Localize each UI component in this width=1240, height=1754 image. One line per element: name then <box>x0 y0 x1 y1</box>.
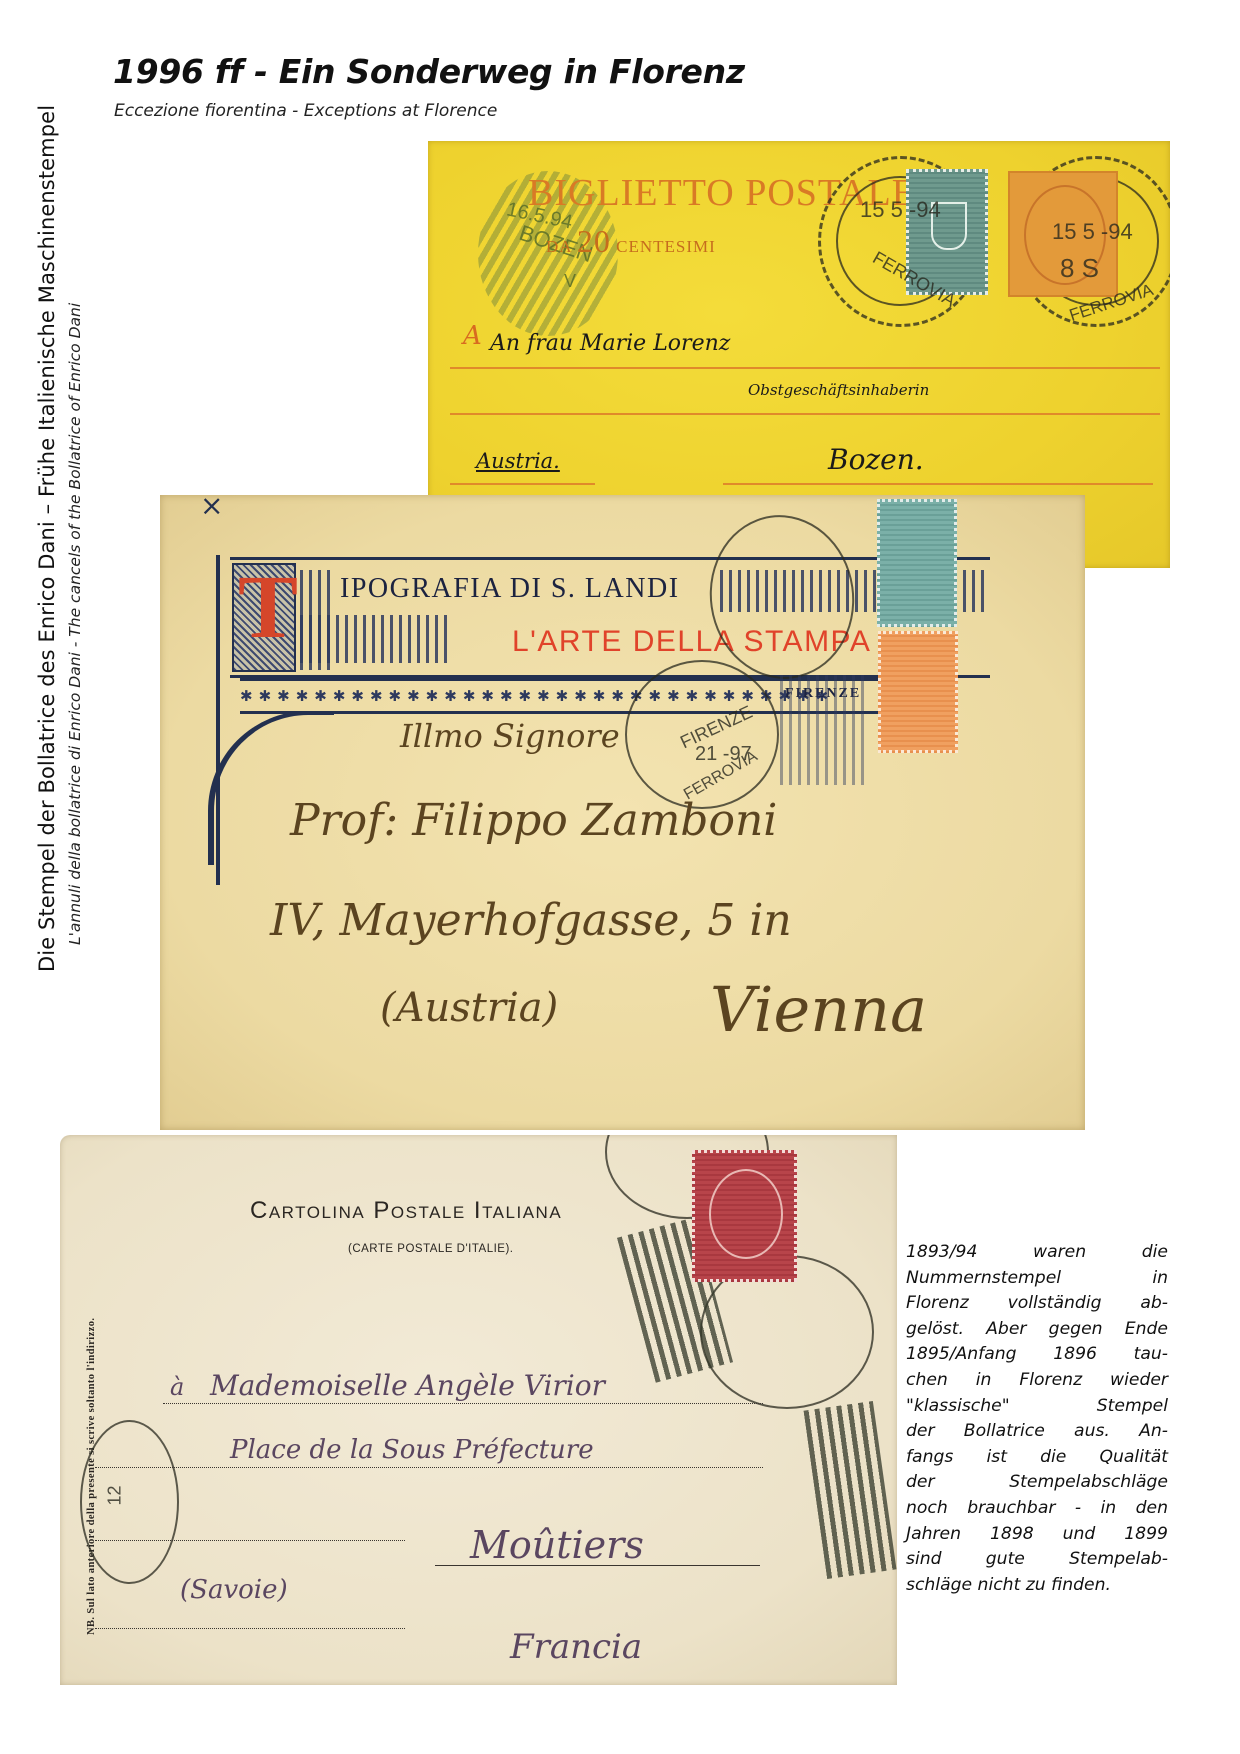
stamp-5c-blue <box>877 499 957 627</box>
postcard-printed-subtitle: (CARTE POSTALE D'ITALIE). <box>348 1243 514 1255</box>
stamp-20c-orange <box>878 631 958 753</box>
address-rule-3a <box>450 483 595 485</box>
address-line-5 <box>95 1628 405 1629</box>
paragraph-line: 1895/Anfang 1896 tau- <box>906 1342 1168 1368</box>
handwritten-country: Francia <box>510 1627 642 1667</box>
address-rule-2 <box>450 413 1160 415</box>
cancel-date-2: 15 5 -94 <box>1052 219 1133 245</box>
description-paragraph: 1893/94 waren die Nummernstempel in Flor… <box>906 1240 1168 1598</box>
handwritten-occupation: Obstgeschäftsinhaberin <box>748 381 929 399</box>
paragraph-line: noch brauchbar - in den <box>906 1496 1168 1522</box>
handwritten-country: Austria. <box>476 449 560 473</box>
card-value-prefix: DA <box>546 237 572 256</box>
paragraph-line: Nummernstempel in <box>906 1266 1168 1292</box>
card-value-suffix: CENTESIMI <box>616 237 716 256</box>
address-line-2 <box>95 1467 763 1468</box>
king-portrait-icon <box>709 1169 783 1259</box>
stamp-10c-carmine <box>692 1150 797 1282</box>
bozen-cancel-letter: V <box>564 271 576 292</box>
letterhead-pattern-mid <box>300 615 450 663</box>
paragraph-line: sind gute Stempelab- <box>906 1547 1168 1573</box>
address-line-1 <box>163 1403 763 1404</box>
handwritten-salutation: Illmo Signore <box>400 717 620 755</box>
address-rule-1 <box>450 367 1160 369</box>
letterhead-firm-name: IPOGRAFIA DI S. LANDI <box>340 573 680 605</box>
arrival-cancel-date: 12 <box>105 1485 126 1505</box>
handwritten-prefix: à <box>170 1373 184 1401</box>
address-line-3 <box>95 1540 405 1541</box>
side-titles: Die Stempel der Bollatrice des Enrico Da… <box>0 0 100 980</box>
page-title: 1996 ff - Ein Sonderweg in Florenz <box>113 52 745 91</box>
paragraph-line: der Bollatrice aus. An- <box>906 1419 1168 1445</box>
duplex-bars-2 <box>804 1401 897 1579</box>
series-title-vertical: Die Stempel der Bollatrice des Enrico Da… <box>35 105 59 972</box>
paragraph-line: der Stempelabschläge <box>906 1470 1168 1496</box>
postcard-printed-title: Cartolina Postale Italiana <box>250 1197 562 1225</box>
handwritten-city: Bozen. <box>828 443 924 476</box>
illuminated-initial: T <box>238 563 298 653</box>
page-subtitle: Eccezione fiorentina - Exceptions at Flo… <box>114 101 497 121</box>
postcard-image: NB. Sul lato anteriore della presente si… <box>60 1135 897 1685</box>
cross-ornament-icon: × <box>200 495 223 522</box>
handwritten-street: Place de la Sous Préfecture <box>230 1435 594 1465</box>
handwritten-street: IV, Mayerhofgasse, 5 in <box>270 895 792 946</box>
paragraph-line: schläge nicht zu finden. <box>906 1573 1168 1599</box>
address-rule-3b <box>723 483 1153 485</box>
paragraph-line: Florenz vollständig ab- <box>906 1291 1168 1317</box>
handwritten-city: Vienna <box>710 973 927 1046</box>
paragraph-line: chen in Florenz wieder <box>906 1368 1168 1394</box>
paragraph-line: "klassische" Stempel <box>906 1394 1168 1420</box>
cancel-date-1: 15 5 -94 <box>860 197 941 223</box>
envelope-image: × T IPOGRAFIA DI S. LANDI L'ARTE DELLA S… <box>160 495 1085 1130</box>
paragraph-line: 1893/94 waren die <box>906 1240 1168 1266</box>
handwritten-addressee: Mademoiselle Angèle Virior <box>210 1369 605 1402</box>
card-printed-value: DA 20 CENTESIMI <box>546 223 716 260</box>
handwritten-addressee: Prof: Filippo Zamboni <box>290 795 777 846</box>
paragraph-line: fangs ist die Qualität <box>906 1445 1168 1471</box>
card-value-number: 20 <box>577 223 611 259</box>
handwritten-region: (Savoie) <box>180 1575 288 1605</box>
handwritten-addressee: An frau Marie Lorenz <box>490 331 730 356</box>
moutiers-arrival-cancel <box>80 1420 179 1584</box>
duplex-bars <box>780 675 870 785</box>
handwritten-city: Moûtiers <box>470 1523 644 1567</box>
paragraph-line: Jahren 1898 und 1899 <box>906 1522 1168 1548</box>
cancel-time-2: 8 S <box>1060 253 1099 284</box>
paragraph-line: gelöst. Aber gegen Ende <box>906 1317 1168 1343</box>
series-subtitle-vertical: L'annuli della bollatrice di Enrico Dani… <box>66 303 84 945</box>
handwritten-initial: A <box>463 321 482 351</box>
handwritten-country: (Austria) <box>380 985 558 1031</box>
